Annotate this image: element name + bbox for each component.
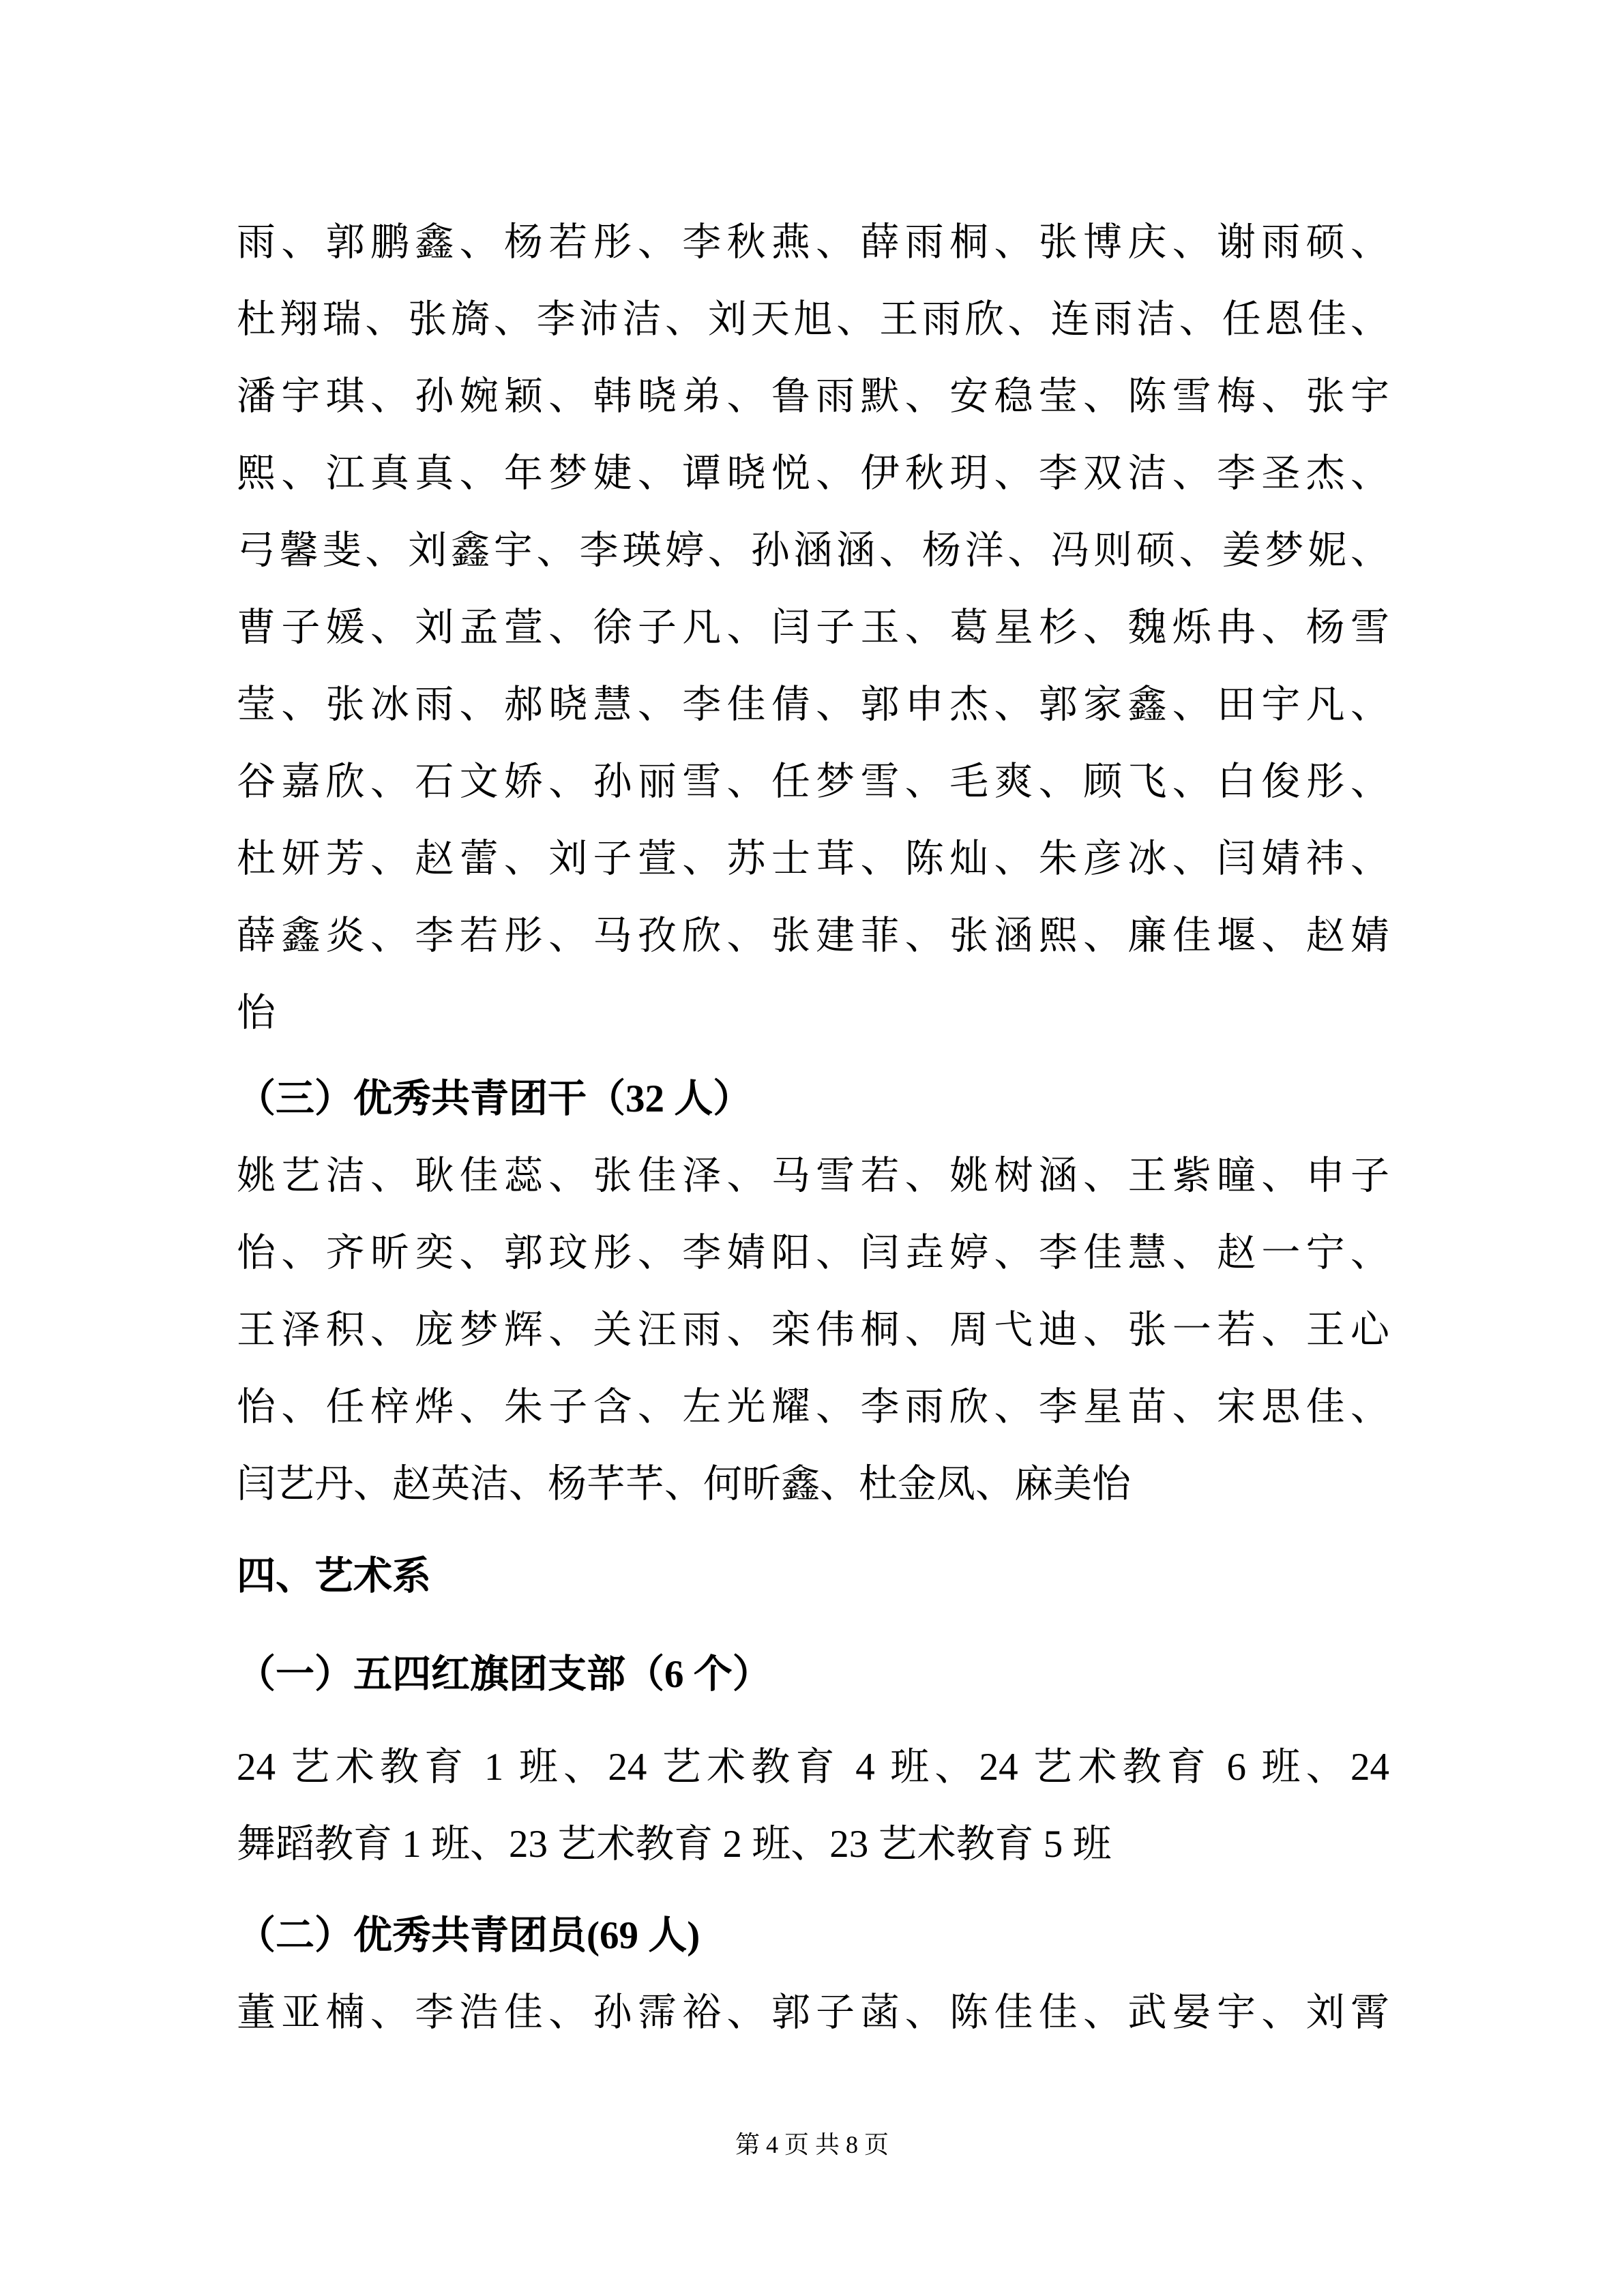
section-4-sub-1-paragraph: 24 艺术教育 1 班、24 艺术教育 4 班、24 艺术教育 6 班、24 舞… [237, 1729, 1389, 1883]
names-line: 雨、郭鹏鑫、杨若彤、李秋燕、薛雨桐、张博庆、谢雨硕、 [237, 204, 1389, 281]
section-4-heading: 四、艺术系 [237, 1538, 1389, 1615]
section-4-sub-2-heading: （二）优秀共青团员(69 人) [237, 1897, 1389, 1974]
names-line: 弓馨斐、刘鑫宇、李瑛婷、孙涵涵、杨洋、冯则硕、姜梦妮、 [237, 512, 1389, 589]
names-line: 怡、任梓烨、朱子含、左光耀、李雨欣、李星苗、宋思佳、 [237, 1369, 1389, 1446]
names-line: 曹子媛、刘孟萱、徐子凡、闫子玉、葛星杉、魏烁冉、杨雪 [237, 589, 1389, 666]
section-3-names-paragraph: 姚艺洁、耿佳蕊、张佳泽、马雪若、姚树涵、王紫瞳、申子 怡、齐昕奕、郭玟彤、李婧阳… [237, 1137, 1389, 1523]
section-4-sub-1-heading: （一）五四红旗团支部（6 个） [237, 1636, 1389, 1713]
page-number-indicator: 第 4 页 共 8 页 [735, 2131, 889, 2158]
names-line: 杜翔瑞、张旖、李沛洁、刘天旭、王雨欣、连雨洁、任恩佳、 [237, 281, 1389, 358]
names-line: 怡 [237, 974, 1389, 1052]
section-3-heading: （三）优秀共青团干（32 人） [237, 1060, 1389, 1137]
document-body: 雨、郭鹏鑫、杨若彤、李秋燕、薛雨桐、张博庆、谢雨硕、 杜翔瑞、张旖、李沛洁、刘天… [237, 204, 1389, 2051]
names-line: 莹、张冰雨、郝晓慧、李佳倩、郭申杰、郭家鑫、田宇凡、 [237, 666, 1389, 743]
section-4-sub-2-paragraph: 董亚楠、李浩佳、孙霈裕、郭子菡、陈佳佳、武晏宇、刘霄 [237, 1974, 1389, 2051]
names-line: 谷嘉欣、石文娇、孙丽雪、任梦雪、毛爽、顾飞、白俊彤、 [237, 743, 1389, 820]
class-list-line: 舞蹈教育 1 班、23 艺术教育 2 班、23 艺术教育 5 班 [237, 1806, 1389, 1883]
names-line: 董亚楠、李浩佳、孙霈裕、郭子菡、陈佳佳、武晏宇、刘霄 [237, 1974, 1389, 2051]
names-line: 怡、齐昕奕、郭玟彤、李婧阳、闫垚婷、李佳慧、赵一宁、 [237, 1214, 1389, 1292]
names-line: 王泽积、庞梦辉、关汪雨、栾伟桐、周弋迪、张一若、王心 [237, 1292, 1389, 1369]
names-line: 薛鑫炎、李若彤、马孜欣、张建菲、张涵熙、廉佳堰、赵婧 [237, 897, 1389, 974]
names-line: 姚艺洁、耿佳蕊、张佳泽、马雪若、姚树涵、王紫瞳、申子 [237, 1137, 1389, 1214]
document-page: 雨、郭鹏鑫、杨若彤、李秋燕、薛雨桐、张博庆、谢雨硕、 杜翔瑞、张旖、李沛洁、刘天… [0, 0, 1624, 2296]
names-line: 闫艺丹、赵英洁、杨芊芊、何昕鑫、杜金凤、麻美怡 [237, 1446, 1389, 1523]
page-footer: 第 4 页 共 8 页 [0, 2129, 1624, 2160]
names-line: 杜妍芳、赵蕾、刘子萱、苏士茸、陈灿、朱彦冰、闫婧祎、 [237, 820, 1389, 897]
names-line: 潘宇琪、孙婉颖、韩晓弟、鲁雨默、安稳莹、陈雪梅、张宇 [237, 358, 1389, 435]
names-line: 熙、江真真、年梦婕、谭晓悦、伊秋玥、李双洁、李圣杰、 [237, 435, 1389, 512]
class-list-line: 24 艺术教育 1 班、24 艺术教育 4 班、24 艺术教育 6 班、24 [237, 1729, 1389, 1806]
names-paragraph-continued: 雨、郭鹏鑫、杨若彤、李秋燕、薛雨桐、张博庆、谢雨硕、 杜翔瑞、张旖、李沛洁、刘天… [237, 204, 1389, 1052]
